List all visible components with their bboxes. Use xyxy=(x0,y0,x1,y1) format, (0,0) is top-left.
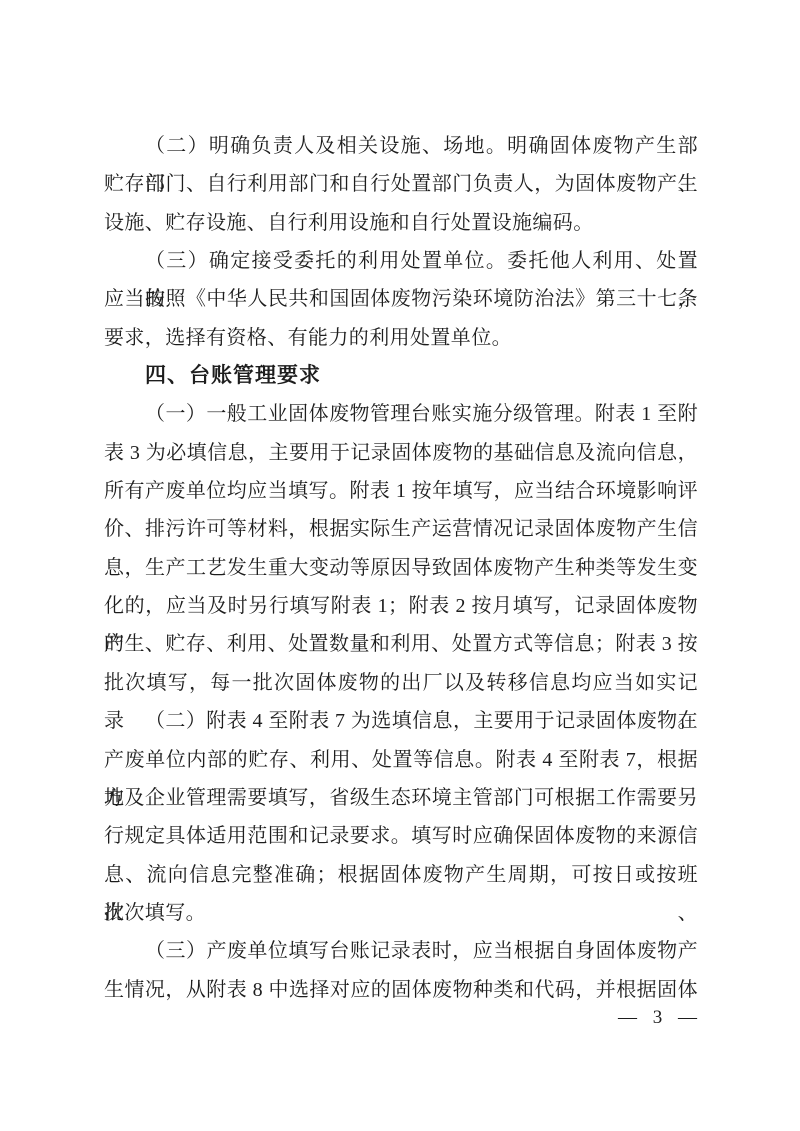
document-line: 息，生产工艺发生重大变动等原因导致固体废物产生种类等发生变 xyxy=(104,549,698,587)
document-line: （一）一般工业固体废物管理台账实施分级管理。附表 1 至附 xyxy=(104,395,698,433)
document-line: 行规定具体适用范围和记录要求。填写时应确保固体废物的来源信 xyxy=(104,817,698,855)
document-line: 化的，应当及时另行填写附表 1；附表 2 按月填写，记录固体废物的 xyxy=(104,587,698,625)
document-line: 息、流向信息完整准确；根据固体废物产生周期，可按日或按班次、 xyxy=(104,856,698,894)
document-line: （二）明确负责人及相关设施、场地。明确固体废物产生部门、 xyxy=(104,127,698,165)
document-line: 贮存部门、自行利用部门和自行处置部门负责人，为固体废物产生 xyxy=(104,165,698,203)
document-line: （三）产废单位填写台账记录表时，应当根据自身固体废物产 xyxy=(104,932,698,970)
document-line: 设施、贮存设施、自行利用设施和自行处置设施编码。 xyxy=(104,204,698,242)
document-line: 价、排污许可等材料，根据实际生产运营情况记录固体废物产生信 xyxy=(104,510,698,548)
page-number: — 3 — xyxy=(618,1004,698,1032)
document-line: 要求，选择有资格、有能力的利用处置单位。 xyxy=(104,319,698,357)
document-line: 批次填写，每一批次固体废物的出厂以及转移信息均应当如实记录。 xyxy=(104,664,698,702)
document-line: 应当按照《中华人民共和国固体废物污染环境防治法》第三十七条 xyxy=(104,280,698,318)
document-line: （三）确定接受委托的利用处置单位。委托他人利用、处置的， xyxy=(104,242,698,280)
document-line: 方及企业管理需要填写，省级生态环境主管部门可根据工作需要另 xyxy=(104,779,698,817)
document-page: （二）明确负责人及相关设施、场地。明确固体废物产生部门、贮存部门、自行利用部门和… xyxy=(0,0,800,1131)
document-line: 生情况，从附表 8 中选择对应的固体废物种类和代码，并根据固体 xyxy=(104,971,698,1009)
document-line: （二）附表 4 至附表 7 为选填信息，主要用于记录固体废物在 xyxy=(104,702,698,740)
document-line: 产生、贮存、利用、处置数量和利用、处置方式等信息；附表 3 按 xyxy=(104,625,698,663)
document-body: （二）明确负责人及相关设施、场地。明确固体废物产生部门、贮存部门、自行利用部门和… xyxy=(104,127,698,1009)
document-line: 所有产废单位均应当填写。附表 1 按年填写，应当结合环境影响评 xyxy=(104,472,698,510)
document-line: 表 3 为必填信息，主要用于记录固体废物的基础信息及流向信息， xyxy=(104,434,698,472)
section-heading: 四、台账管理要求 xyxy=(104,357,698,395)
document-line: 产废单位内部的贮存、利用、处置等信息。附表 4 至附表 7，根据地 xyxy=(104,741,698,779)
